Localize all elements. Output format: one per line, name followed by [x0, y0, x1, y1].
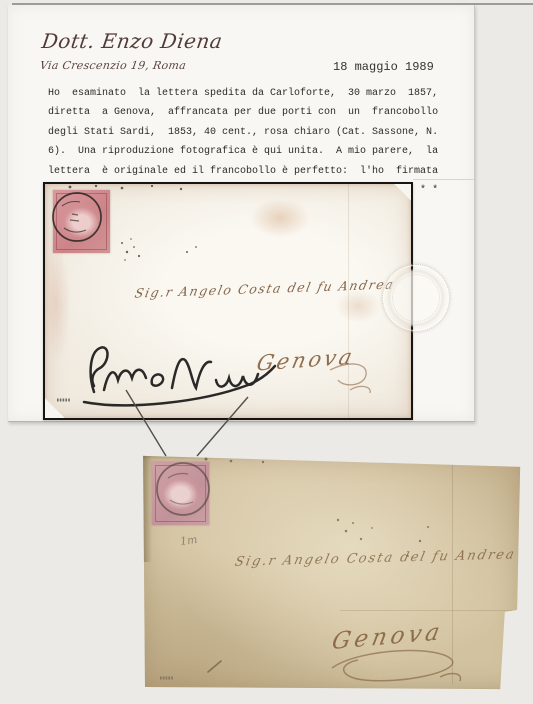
letterhead-name: Dott. Enzo Diena	[40, 29, 224, 53]
cover-crease	[452, 464, 453, 684]
body-line: diretta a Genova, affrancata per due por…	[48, 103, 438, 122]
body-line: 6). Una riproduzione fotografica è qui u…	[48, 142, 438, 161]
stamp-embossed-oval	[59, 196, 104, 247]
cover-edge-toning	[140, 452, 524, 460]
embossed-seal-icon	[382, 264, 450, 332]
photo-stamp	[53, 190, 110, 253]
cover-crease	[340, 610, 518, 611]
cover-destination: Genova	[330, 619, 446, 655]
toning-stain	[250, 198, 310, 238]
scanned-certificate-page: Dott. Enzo Diena Via Crescenzio 19, Roma…	[0, 0, 533, 704]
body-line: lettera è originale ed il francobollo è …	[48, 162, 438, 181]
photo-cover-image: Sig.r Angelo Costa del fu Andrea Genova	[45, 184, 411, 418]
original-cover: 1m Sig.r Angelo Costa del fu Andrea Geno…	[140, 452, 524, 692]
cover-crease	[348, 184, 349, 418]
photo-destination: Genova	[255, 344, 358, 375]
stamp-embossed-oval	[158, 468, 203, 519]
body-line: degli Stati Sardi, 1853, 40 cent., rosa …	[48, 123, 438, 142]
toning-stain	[335, 289, 381, 323]
cover-edge-toning	[140, 452, 152, 562]
cover-stamp	[152, 462, 209, 525]
body-line: Ho esaminato la lettera spedita da Carlo…	[48, 84, 438, 103]
letterhead-address: Via Crescenzio 19, Roma	[39, 59, 187, 72]
cover-address-line: Sig.r Angelo Costa del fu Andrea	[233, 547, 517, 569]
toning-stain	[45, 244, 71, 364]
photo-corner-wedge	[385, 184, 411, 210]
photo-address-line: Sig.r Angelo Costa del fu Andrea	[133, 276, 396, 300]
certificate-date: 18 maggio 1989	[333, 60, 434, 74]
pencil-mark: 1m	[179, 533, 198, 548]
photo-corner-wedge	[45, 388, 91, 418]
attached-photo-reproduction: Sig.r Angelo Costa del fu Andrea Genova	[43, 182, 413, 420]
